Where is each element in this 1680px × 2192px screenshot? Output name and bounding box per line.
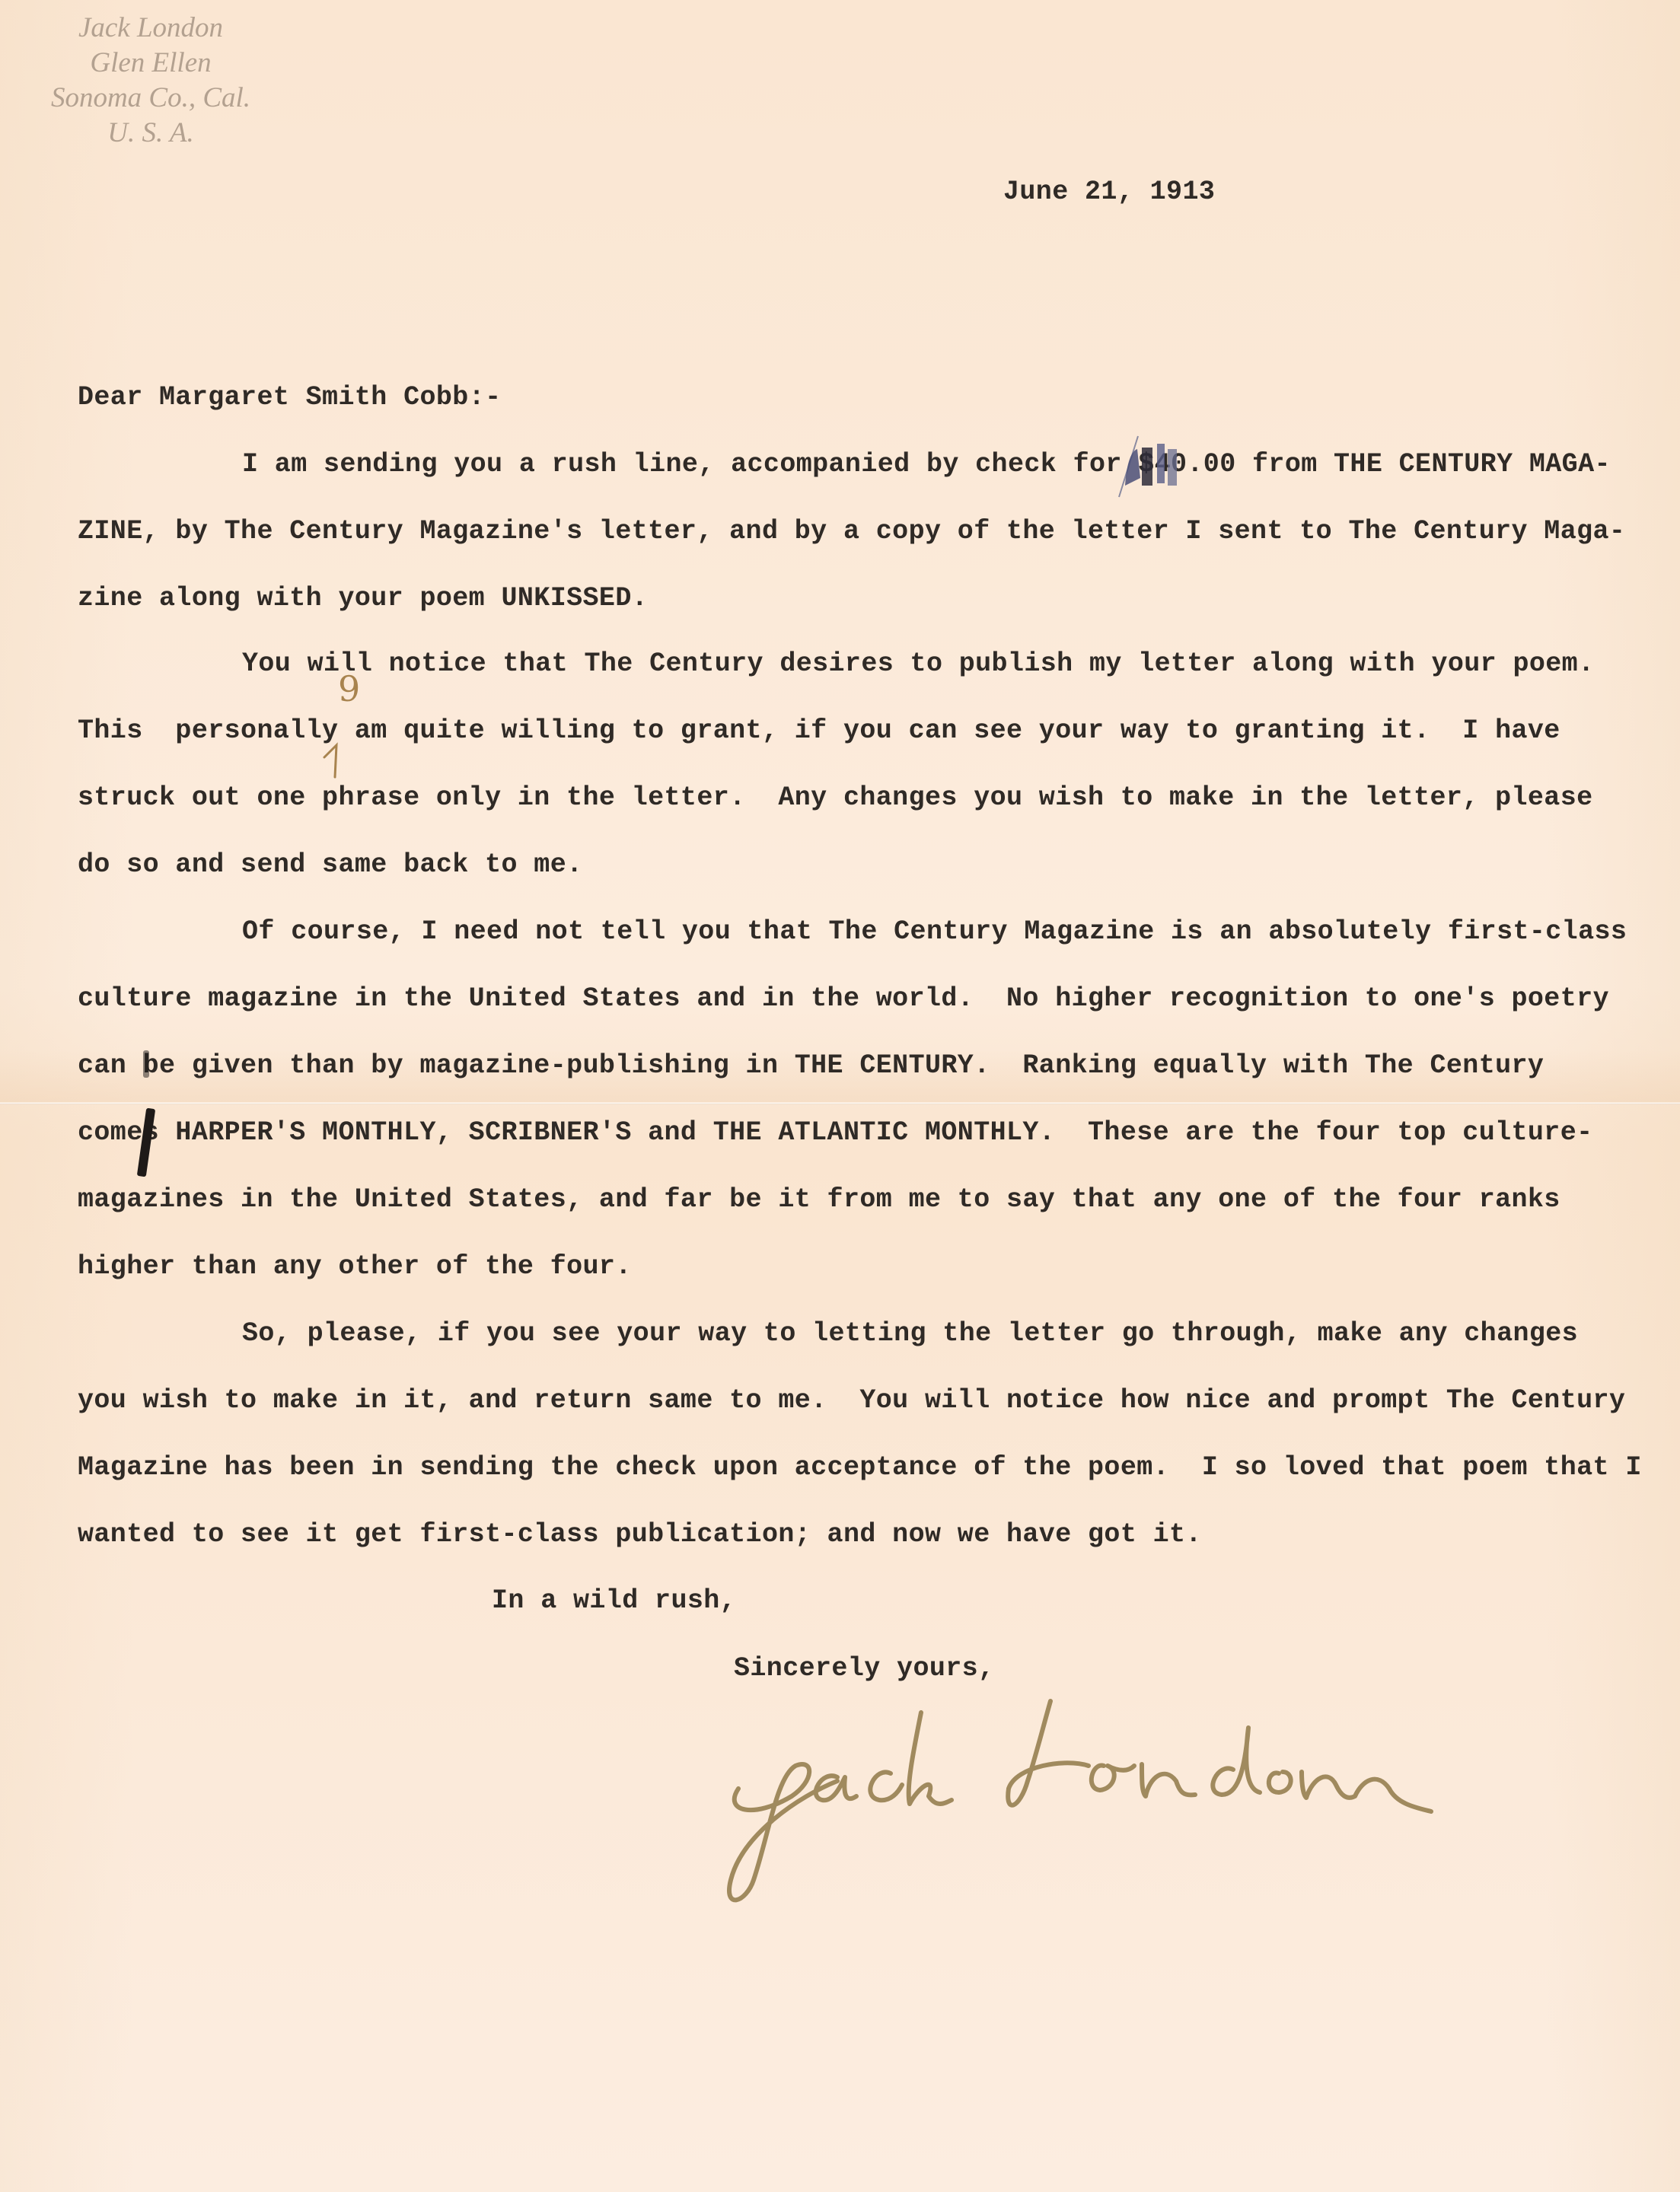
body-line: Magazine has been in sending the check u… [78,1452,1642,1483]
complimentary-close: Sincerely yours, [734,1653,994,1684]
handwritten-caret-icon [320,742,350,780]
body-line: This personally am quite willing to gran… [78,715,1560,746]
body-line: do so and send same back to me. [78,849,583,880]
salutation: Dear Margaret Smith Cobb:- [78,382,502,413]
signature: Jack London [708,1682,1484,1910]
body-line: I am sending you a rush line, accompanie… [242,449,1611,479]
letterhead-name: Jack London [14,11,288,46]
body-line: So, please, if you see your way to letti… [242,1318,1578,1349]
closing-remark: In a wild rush, [492,1585,736,1616]
ink-smudge [143,1050,149,1078]
letterhead-town: Glen Ellen [14,46,288,81]
body-line: wanted to see it get first-class publica… [78,1519,1202,1550]
body-line: can be given than by magazine-publishing… [78,1050,1544,1081]
ink-overwrite-mark [1104,432,1187,508]
body-line: higher than any other of the four. [78,1251,632,1282]
body-line: you wish to make in it, and return same … [78,1385,1625,1416]
paper-fold-line [0,1102,1680,1104]
letter-date: June 21, 1913 [1003,177,1215,207]
letterhead-county: Sonoma Co., Cal. [14,81,288,116]
body-line: culture magazine in the United States an… [78,983,1609,1014]
body-line: ZINE, by The Century Magazine's letter, … [78,516,1625,546]
body-line: zine along with your poem UNKISSED. [78,583,648,613]
body-line: struck out one phrase only in the letter… [78,782,1593,813]
body-line: magazines in the United States, and far … [78,1184,1560,1215]
letterhead-country: U. S. A. [14,116,288,151]
letterhead: Jack London Glen Ellen Sonoma Co., Cal. … [14,11,288,151]
body-line: comes HARPER'S MONTHLY, SCRIBNER'S and T… [78,1117,1593,1148]
handwritten-insertion-mark: 9 [338,668,360,709]
body-line: Of course, I need not tell you that The … [242,916,1627,947]
body-line: You will notice that The Century desires… [242,648,1594,679]
